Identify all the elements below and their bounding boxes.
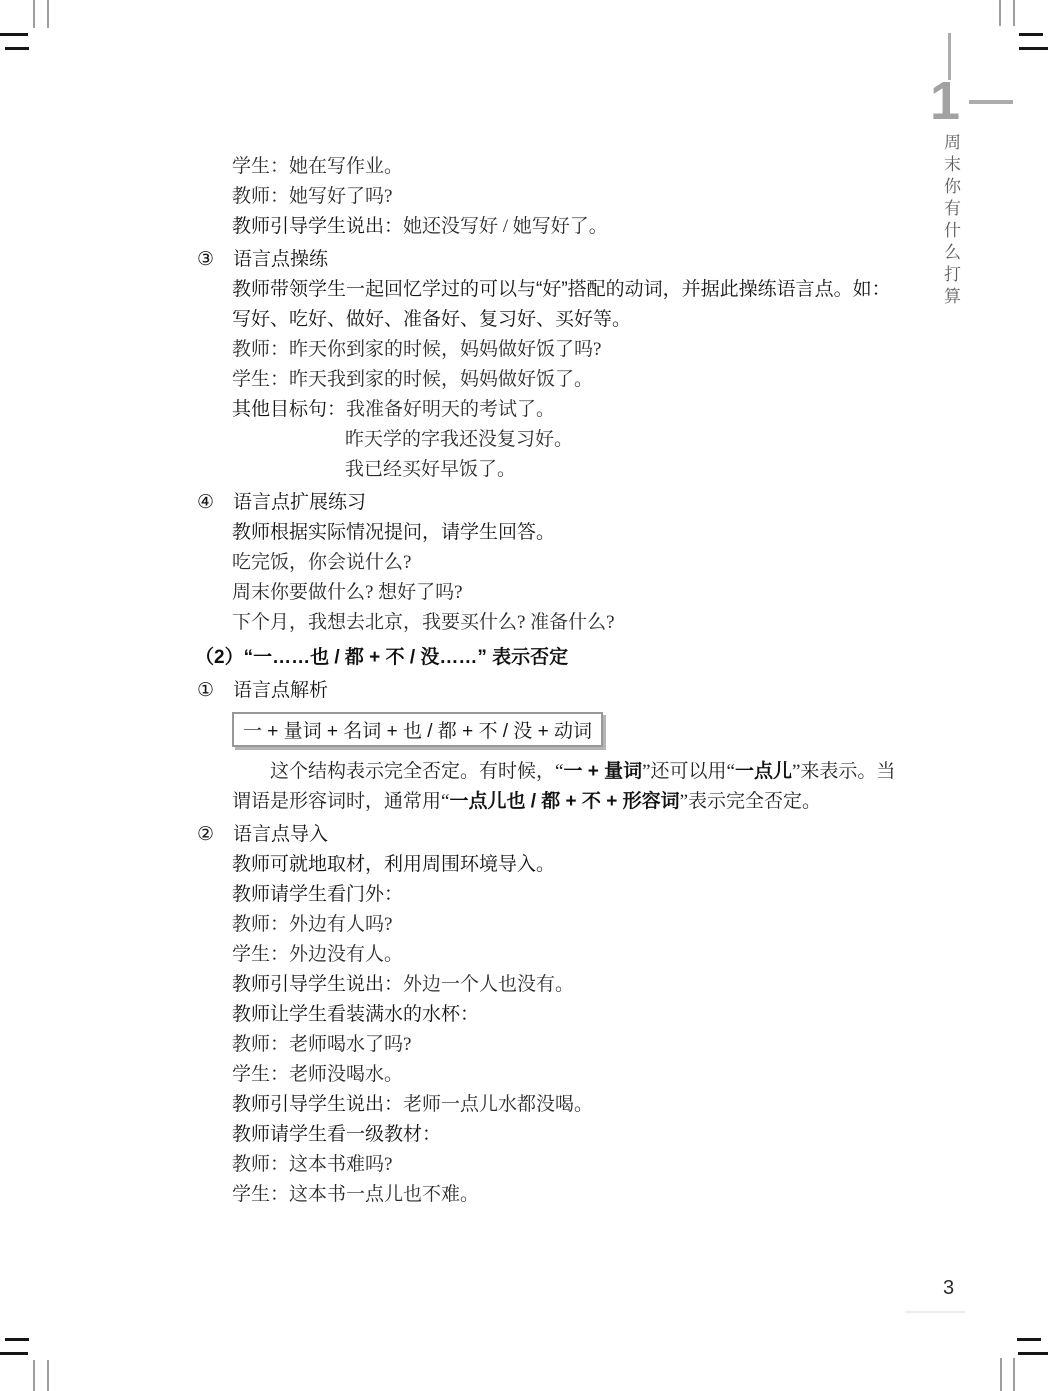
explanation-text: 谓语是形容词时，通常用“ [232, 791, 449, 812]
target-sentence: 我已经买好早饭了。 [195, 455, 920, 485]
dialogue-line-student: 学生：外边没有人。 [195, 940, 920, 970]
language-point-heading-3: ③语言点操练 [195, 245, 920, 275]
formula-row: 一 + 量词 + 名词 + 也 / 都 + 不 / 没 + 动词 [232, 712, 920, 747]
crop-mark [1000, 1358, 1002, 1391]
heading-label: 语言点操练 [233, 249, 328, 270]
dialogue-line-student: 学生：她在写作业。 [195, 152, 920, 182]
crop-mark [0, 33, 28, 36]
practice-question: 周末你要做什么? 想好了吗? [195, 578, 920, 608]
dialogue-line-teacher: 教师：这本书难吗? [195, 1150, 920, 1180]
explanation-text: ”表示完全否定。 [680, 791, 821, 812]
explanation-emphasis: 一点儿 [735, 761, 792, 782]
language-point-heading-2: ②语言点导入 [195, 820, 920, 850]
instruction-line: 写好、吃好、做好、准备好、复习好、买好等。 [195, 305, 920, 335]
practice-question: 吃完饭，你会说什么? [195, 548, 920, 578]
guide-prefix: 教师引导学生说出： [232, 216, 403, 237]
explanation-paragraph-line: 这个结构表示完全否定。有时候，“一 + 量词”还可以用“一点儿”来表示。当 [195, 757, 920, 787]
crop-mark [1019, 47, 1048, 50]
grammar-formula-box: 一 + 量词 + 名词 + 也 / 都 + 不 / 没 + 动词 [232, 712, 603, 747]
chapter-rule-horizontal [969, 100, 1013, 104]
instruction-line: 教师请学生看一级教材： [195, 1120, 920, 1150]
instruction-line: 教师可就地取材，利用周围环境导入。 [195, 850, 920, 880]
crop-mark [47, 0, 49, 28]
heading-label: 语言点导入 [233, 824, 328, 845]
dialogue-line-teacher: 教师：昨天你到家的时候，妈妈做好饭了吗? [195, 335, 920, 365]
language-point-heading-4: ④语言点扩展练习 [195, 488, 920, 518]
crop-mark [33, 0, 35, 28]
guide-sentence: 她还没写好 / 她写好了。 [403, 216, 608, 237]
target-sentences-line: 其他目标句：我准备好明天的考试了。 [195, 395, 920, 425]
explanation-emphasis: 一 + 量词 [563, 761, 642, 782]
target-label: 其他目标句： [232, 399, 346, 420]
target-sentence: 昨天学的字我还没复习好。 [195, 425, 920, 455]
crop-mark [1017, 1338, 1041, 1341]
explanation-text: ”来表示。当 [792, 761, 895, 782]
dialogue-line-teacher: 教师：外边有人吗? [195, 910, 920, 940]
dialogue-line-student: 学生：昨天我到家的时候，妈妈做好饭了。 [195, 365, 920, 395]
dialogue-line-teacher: 教师：老师喝水了吗? [195, 1030, 920, 1060]
heading-label: 语言点解析 [233, 680, 328, 701]
chapter-title-vertical: 周末你有什么打算 [938, 133, 963, 309]
instruction-line: 教师请学生看门外： [195, 880, 920, 910]
instruction-line: 教师根据实际情况提问，请学生回答。 [195, 518, 920, 548]
dialogue-line-student: 学生：老师没喝水。 [195, 1060, 920, 1090]
explanation-paragraph-line: 谓语是形容词时，通常用“一点儿也 / 都 + 不 + 形容词”表示完全否定。 [195, 787, 920, 817]
circled-number-3: ③ [197, 245, 233, 275]
guide-sentence: 外边一个人也没有。 [403, 974, 574, 995]
target-sentence: 我准备好明天的考试了。 [346, 399, 555, 420]
explanation-text: 这个结构表示完全否定。有时候，“ [270, 761, 563, 782]
heading-label: 语言点扩展练习 [233, 492, 366, 513]
crop-mark [33, 1360, 35, 1391]
crop-mark [1013, 0, 1015, 26]
dialogue-line-teacher: 教师：她写好了吗? [195, 182, 920, 212]
instruction-line: 教师让学生看装满水的水杯： [195, 1000, 920, 1030]
crop-mark [999, 0, 1001, 26]
language-point-heading-1: ①语言点解析 [195, 676, 920, 706]
teacher-guide-line: 教师引导学生说出：老师一点儿水都没喝。 [195, 1090, 920, 1120]
crop-mark [5, 1338, 29, 1341]
main-text-block: 学生：她在写作业。 教师：她写好了吗? 教师引导学生说出：她还没写好 / 她写好… [195, 152, 920, 1210]
guide-prefix: 教师引导学生说出： [232, 974, 403, 995]
teacher-guide-line: 教师引导学生说出：她还没写好 / 她写好了。 [195, 212, 920, 242]
instruction-line: 教师带领学生一起回忆学过的可以与“好”搭配的动词，并据此操练语言点。如： [195, 275, 920, 305]
circled-number-4: ④ [197, 488, 233, 518]
crop-mark [1019, 33, 1043, 36]
chapter-number: 1 [926, 74, 964, 128]
explanation-emphasis: 一点儿也 / 都 + 不 + 形容词 [449, 791, 679, 812]
crop-mark [5, 47, 29, 50]
practice-question: 下个月，我想去北京，我要买什么? 准备什么? [195, 608, 920, 638]
crop-mark [47, 1360, 49, 1391]
book-page: 1 周末你有什么打算 3 学生：她在写作业。 教师：她写好了吗? 教师引导学生说… [0, 0, 1050, 1391]
crop-mark [1013, 1358, 1015, 1391]
page-number: 3 [943, 1277, 954, 1300]
guide-sentence: 老师一点儿水都没喝。 [403, 1094, 593, 1115]
guide-prefix: 教师引导学生说出： [232, 1094, 403, 1115]
explanation-text: ”还可以用“ [642, 761, 735, 782]
dialogue-line-student: 学生：这本书一点儿也不难。 [195, 1180, 920, 1210]
page-number-rule [905, 1311, 965, 1313]
circled-number-1: ① [197, 676, 233, 706]
circled-number-2: ② [197, 820, 233, 850]
crop-mark [0, 1352, 28, 1355]
crop-mark [1018, 1352, 1048, 1355]
teacher-guide-line: 教师引导学生说出：外边一个人也没有。 [195, 970, 920, 1000]
section-heading-2: （2）“一……也 / 都 + 不 / 没……” 表示否定 [195, 643, 920, 673]
